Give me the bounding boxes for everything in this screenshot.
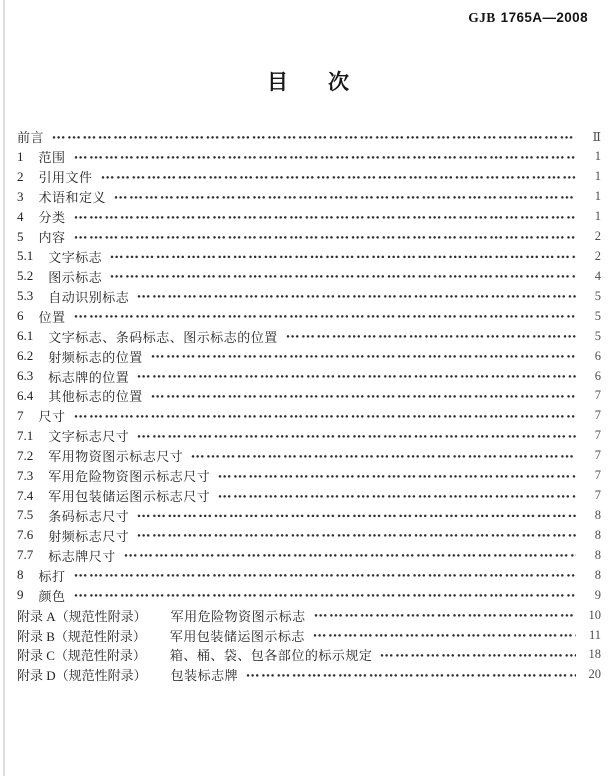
toc-entry-page: 7 [581, 388, 601, 403]
dot-leader [110, 266, 576, 286]
toc-entry-page: 7 [581, 428, 601, 443]
toc-entry-title: 自动识别标志 [48, 287, 129, 306]
toc-entry-number: 7.4 [17, 488, 33, 504]
standard-prefix: GJB [468, 10, 495, 25]
toc-entry-page: 2 [581, 229, 601, 244]
toc-entry-page: 5 [581, 289, 601, 304]
dot-leader [137, 525, 576, 545]
toc-entry-title: 军用危险物资图示标志 [171, 606, 306, 625]
toc-entry-page: 7 [581, 448, 601, 463]
toc-entry: 7.4 军用包装储运图示标志尺寸 7 [17, 486, 601, 506]
toc-entry: 1 范围 1 [17, 147, 601, 167]
dot-leader [218, 486, 576, 506]
toc-entry: 9 颜色 9 [17, 585, 601, 605]
toc-entry-page: Ⅱ [581, 129, 601, 145]
toc-entry-number: 7.2 [17, 448, 33, 464]
toc-entry-page: 5 [581, 309, 601, 324]
toc-entry-number: 7.5 [17, 507, 33, 523]
standard-code: 1765A—2008 [501, 10, 588, 25]
toc-entry-number: 1 [17, 149, 24, 165]
dot-leader [74, 306, 576, 326]
toc-entry-number: 9 [17, 587, 24, 603]
dot-leader [191, 446, 576, 466]
dot-leader [74, 585, 576, 605]
toc-entry-page: 8 [581, 568, 601, 583]
toc-entry-page: 8 [581, 528, 601, 543]
toc-entry-title: 范围 [39, 147, 66, 166]
toc-entry-title: 术语和定义 [39, 187, 107, 206]
toc-entry: 5.2 图示标志 4 [17, 266, 601, 286]
toc-entry-title: 图示标志 [48, 267, 102, 286]
toc-entry-number: 7 [17, 408, 24, 424]
toc-entry-number: 5.3 [17, 288, 33, 304]
toc-entry-title: 射频标志的位置 [48, 347, 143, 366]
standard-number: GJB1765A—2008 [468, 10, 588, 26]
document-page: GJB1765A—2008 目 次 前言 Ⅱ 1 范围 1 2 引用文件 1 3… [0, 0, 616, 776]
toc-entry: 7.6 射频标志尺寸 8 [17, 525, 601, 545]
toc-entry-page: 10 [581, 608, 601, 623]
toc-entry-title: 标志牌尺寸 [48, 546, 116, 565]
dot-leader [110, 247, 576, 267]
dot-leader [101, 167, 576, 187]
toc-entry: 附录 C（规范性附录） 箱、桶、袋、包各部位的标示规定 18 [17, 645, 601, 665]
toc-entry: 7.3 军用危险物资图示标志尺寸 7 [17, 466, 601, 486]
toc-entry: 3 术语和定义 1 [17, 187, 601, 207]
toc-entry-title: 文字标志、条码标志、图示标志的位置 [48, 327, 278, 346]
toc-list: 前言 Ⅱ 1 范围 1 2 引用文件 1 3 术语和定义 1 4 分类 1 5 … [17, 127, 601, 685]
toc-entry-page: 9 [581, 588, 601, 603]
toc-entry-title: 条码标志尺寸 [48, 506, 129, 525]
toc-entry-page: 8 [581, 548, 601, 563]
toc-entry: 7.7 标志牌尺寸 8 [17, 545, 601, 565]
toc-entry-page: 7 [581, 408, 601, 423]
toc-entry-title: 文字标志 [48, 247, 102, 266]
dot-leader [246, 665, 576, 685]
dot-leader [137, 366, 576, 386]
toc-entry-title: 内容 [39, 227, 66, 246]
toc-entry-number: 5.2 [17, 268, 33, 284]
toc-entry-number: 3 [17, 189, 24, 205]
toc-entry: 5 内容 2 [17, 227, 601, 247]
toc-entry: 7.5 条码标志尺寸 8 [17, 506, 601, 526]
dot-leader [313, 625, 576, 645]
toc-entry-page: 1 [581, 189, 601, 204]
toc-entry-page: 1 [581, 169, 601, 184]
toc-entry: 6.4 其他标志的位置 7 [17, 386, 601, 406]
toc-entry-number: 6.2 [17, 348, 33, 364]
toc-entry-number: 5.1 [17, 248, 33, 264]
toc-entry-title: 箱、桶、袋、包各部位的标示规定 [170, 645, 373, 664]
toc-entry: 6.1 文字标志、条码标志、图示标志的位置 5 [17, 326, 601, 346]
toc-entry-title: 引用文件 [39, 167, 93, 186]
dot-leader [114, 187, 576, 207]
toc-entry-page: 6 [581, 349, 601, 364]
dot-leader [286, 326, 576, 346]
toc-entry-title: 标志牌的位置 [48, 367, 129, 386]
toc-entry: 6.3 标志牌的位置 6 [17, 366, 601, 386]
toc-entry-title: 军用危险物资图示标志尺寸 [48, 466, 210, 485]
toc-entry-number: 6.3 [17, 368, 33, 384]
toc-entry: 5.1 文字标志 2 [17, 247, 601, 267]
toc-entry-title: 军用包装储运图示标志 [170, 626, 305, 645]
dot-leader [137, 426, 576, 446]
toc-entry-title: 分类 [39, 207, 66, 226]
dot-leader [151, 346, 576, 366]
scan-left-edge [3, 0, 5, 776]
toc-entry-number: 7.6 [17, 527, 33, 543]
dot-leader [151, 386, 576, 406]
toc-entry: 附录 D（规范性附录） 包装标志牌 20 [17, 665, 601, 685]
dot-leader [137, 506, 576, 526]
page-title: 目 次 [0, 70, 616, 94]
toc-entry-title: 颜色 [39, 586, 66, 605]
dot-leader [74, 147, 576, 167]
toc-entry-title: 尺寸 [39, 406, 66, 425]
toc-entry-number: 2 [17, 169, 24, 185]
toc-entry-page: 2 [581, 249, 601, 264]
toc-entry: 8 标打 8 [17, 565, 601, 585]
dot-leader [74, 227, 576, 247]
title-char-2: 次 [328, 70, 349, 94]
dot-leader [124, 545, 576, 565]
dot-leader [218, 466, 576, 486]
toc-entry: 7.1 文字标志尺寸 7 [17, 426, 601, 446]
toc-entry: 7.2 军用物资图示标志尺寸 7 [17, 446, 601, 466]
toc-entry-page: 5 [581, 329, 601, 344]
toc-entry-title: 位置 [39, 307, 66, 326]
toc-entry-title: 军用物资图示标志尺寸 [48, 446, 183, 465]
dot-leader [74, 207, 576, 227]
title-char-1: 目 [267, 70, 288, 94]
toc-entry-page: 20 [581, 667, 601, 682]
toc-entry-number: 6.4 [17, 388, 33, 404]
toc-entry-number: 7.3 [17, 468, 33, 484]
toc-entry-number: 7.1 [17, 428, 33, 444]
dot-leader [314, 605, 576, 625]
dot-leader [74, 406, 576, 426]
toc-entry-title: 标打 [39, 566, 66, 585]
toc-entry-page: 11 [581, 628, 601, 643]
toc-entry-page: 18 [581, 647, 601, 662]
toc-entry-page: 8 [581, 508, 601, 523]
toc-entry: 7 尺寸 7 [17, 406, 601, 426]
toc-entry: 5.3 自动识别标志 5 [17, 286, 601, 306]
toc-entry-number: 附录 C（规范性附录） [17, 645, 146, 664]
toc-entry-page: 7 [581, 488, 601, 503]
toc-entry-number: 8 [17, 567, 24, 583]
toc-entry-number: 7.7 [17, 547, 33, 563]
toc-entry-number: 4 [17, 209, 24, 225]
toc-entry: 前言 Ⅱ [17, 127, 601, 147]
toc-entry-page: 6 [581, 369, 601, 384]
toc-entry-number: 附录 D（规范性附录） [17, 665, 147, 684]
toc-entry-title: 军用包装储运图示标志尺寸 [48, 486, 210, 505]
toc-entry-title: 其他标志的位置 [48, 386, 143, 405]
toc-entry-title: 文字标志尺寸 [48, 426, 129, 445]
toc-entry: 6.2 射频标志的位置 6 [17, 346, 601, 366]
toc-entry: 4 分类 1 [17, 207, 601, 227]
toc-entry-title: 射频标志尺寸 [48, 526, 129, 545]
toc-entry: 6 位置 5 [17, 306, 601, 326]
toc-entry-number: 6 [17, 308, 24, 324]
toc-entry-number: 附录 B（规范性附录） [17, 626, 146, 645]
toc-entry: 2 引用文件 1 [17, 167, 601, 187]
toc-entry-page: 1 [581, 149, 601, 164]
dot-leader [74, 565, 576, 585]
dot-leader [52, 127, 576, 147]
toc-entry-page: 7 [581, 468, 601, 483]
toc-entry: 附录 A（规范性附录） 军用危险物资图示标志 10 [17, 605, 601, 625]
toc-entry-number: 5 [17, 229, 24, 245]
toc-entry: 附录 B（规范性附录） 军用包装储运图示标志 11 [17, 625, 601, 645]
toc-entry-page: 1 [581, 209, 601, 224]
dot-leader [380, 645, 576, 665]
toc-entry-number: 附录 A（规范性附录） [17, 606, 147, 625]
toc-entry-title: 包装标志牌 [171, 665, 239, 684]
toc-entry-title: 前言 [17, 127, 44, 146]
toc-entry-page: 4 [581, 269, 601, 284]
dot-leader [137, 286, 576, 306]
toc-entry-number: 6.1 [17, 328, 33, 344]
